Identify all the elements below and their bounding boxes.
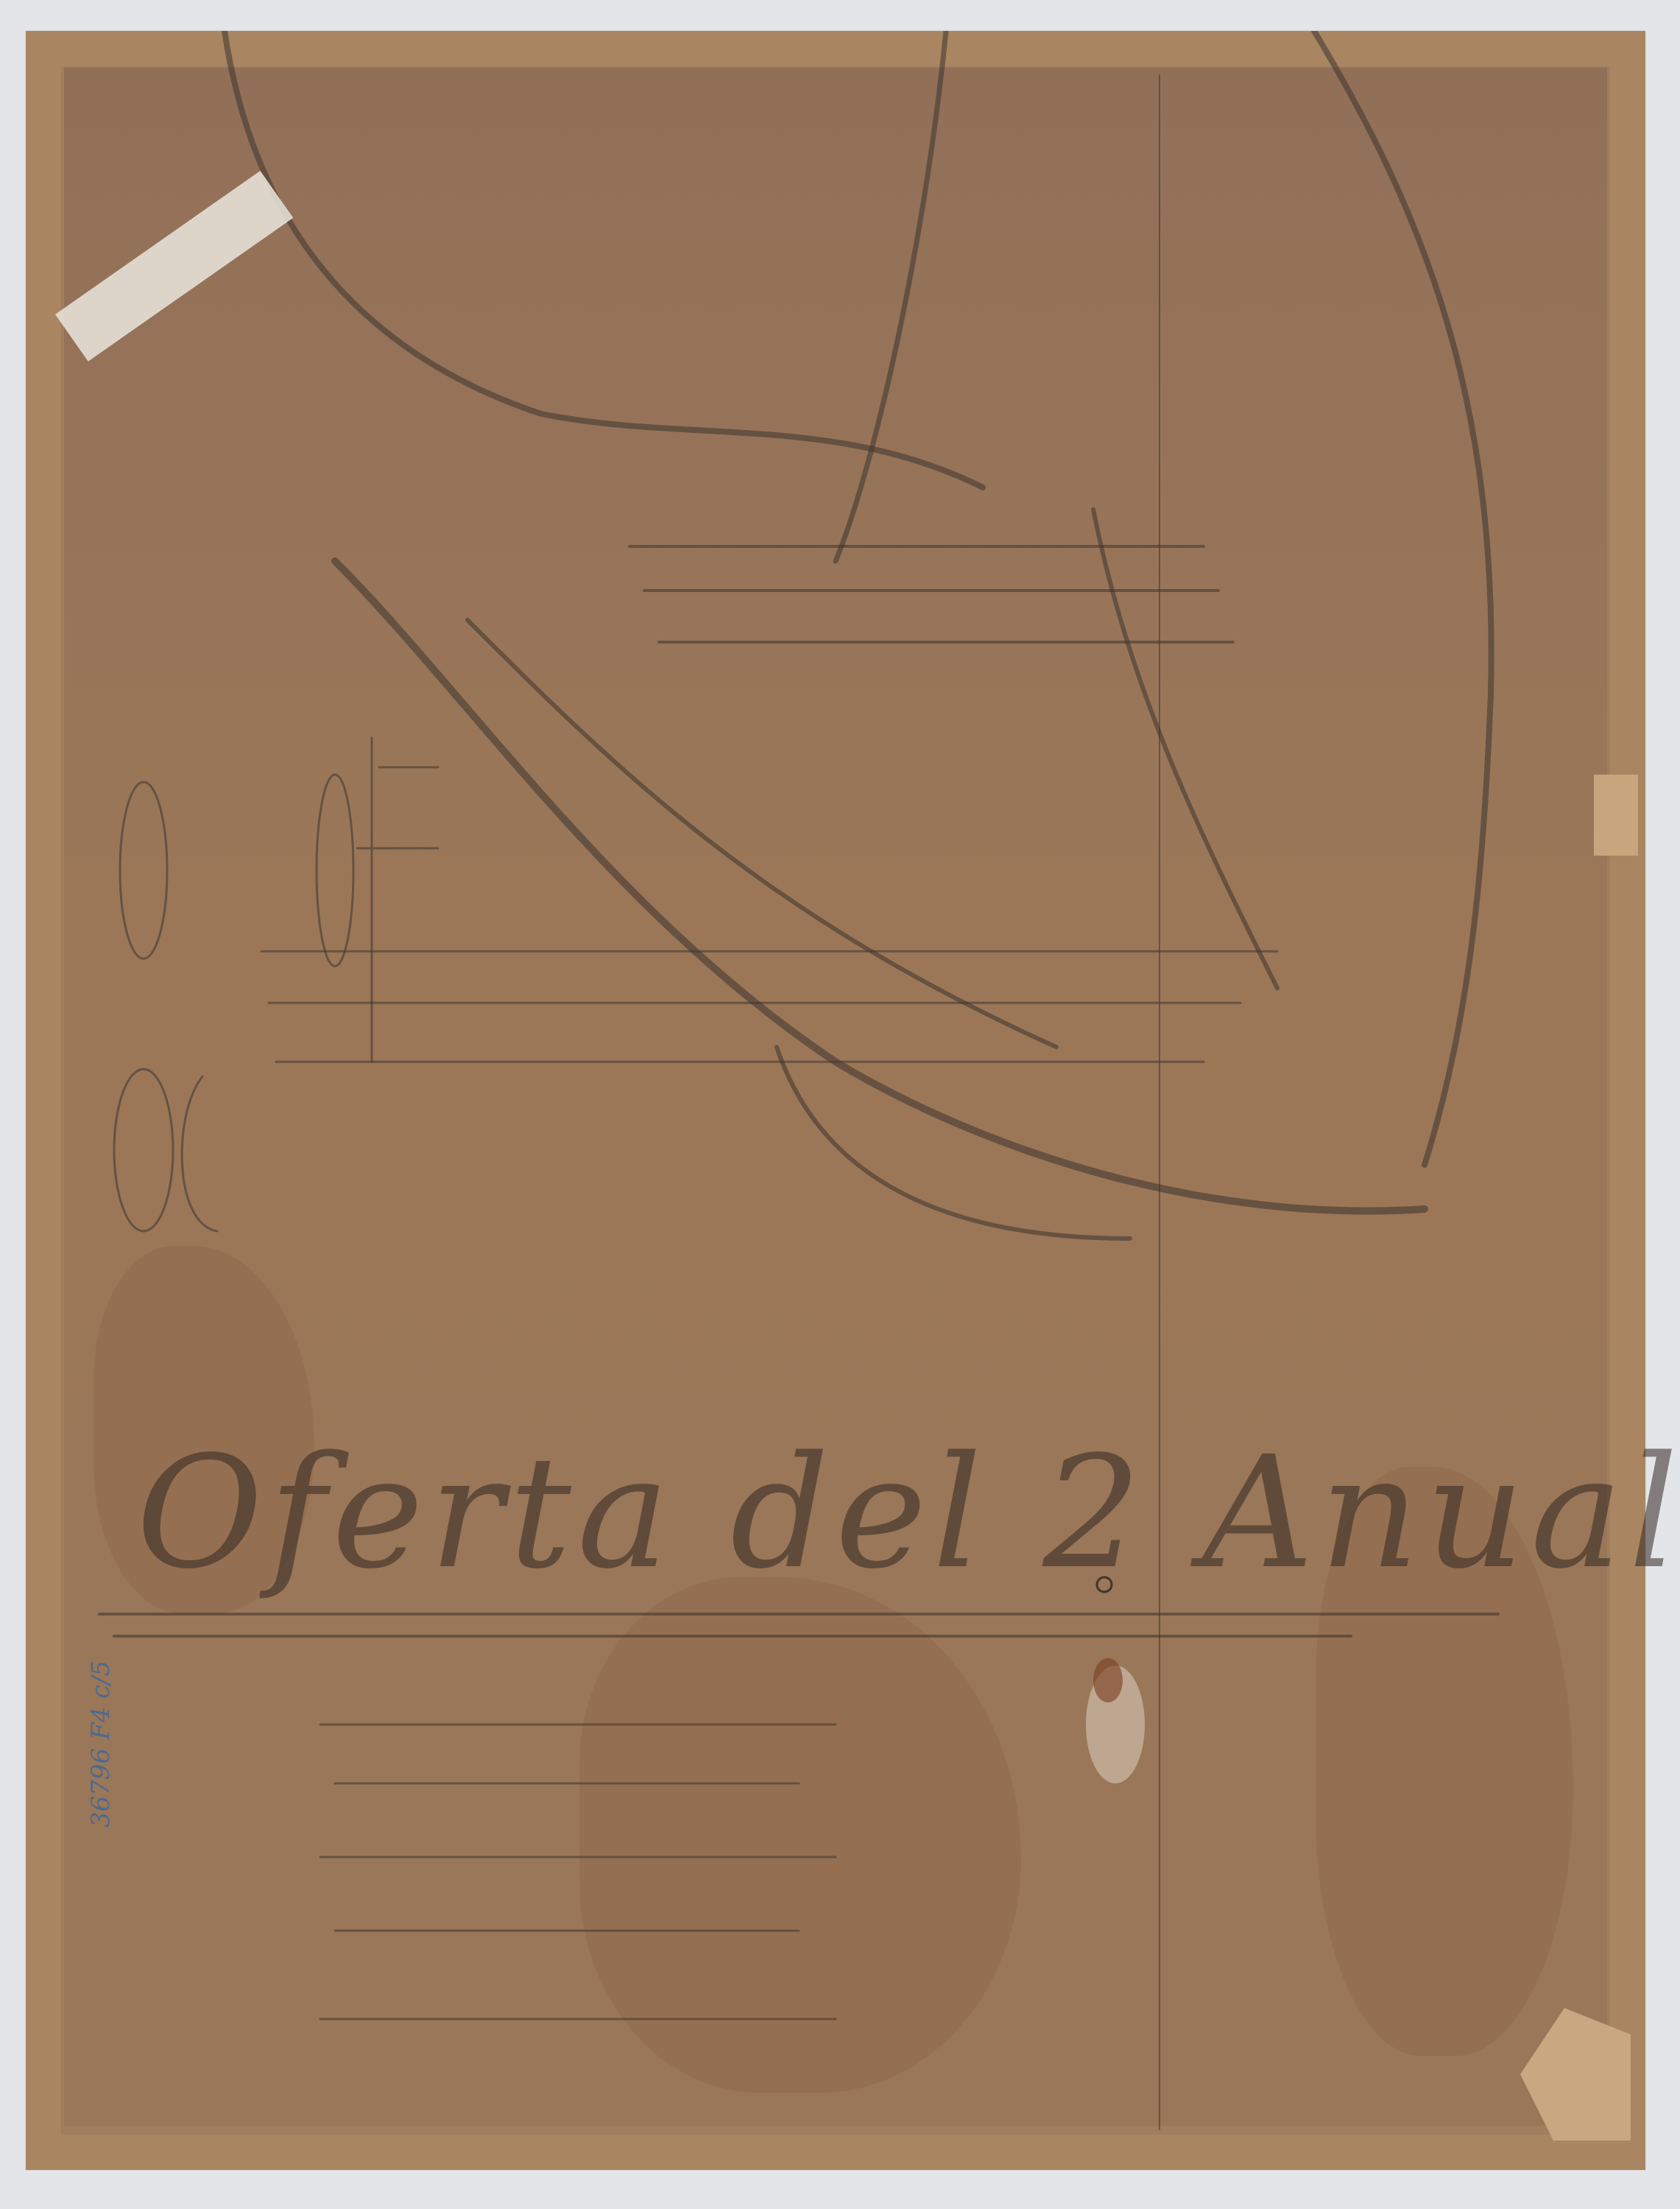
inventory-inscription: 36796 F4 c/5 <box>86 1660 116 1828</box>
paper-side-patch <box>1594 775 1638 856</box>
paper-sheet: Oferta del 2 Anual 36796 F4 c/5 <box>26 31 1645 2170</box>
sketch-caption: Oferta del 2 Anual <box>136 1423 1680 1603</box>
charcoal-sketch <box>26 31 1645 2170</box>
